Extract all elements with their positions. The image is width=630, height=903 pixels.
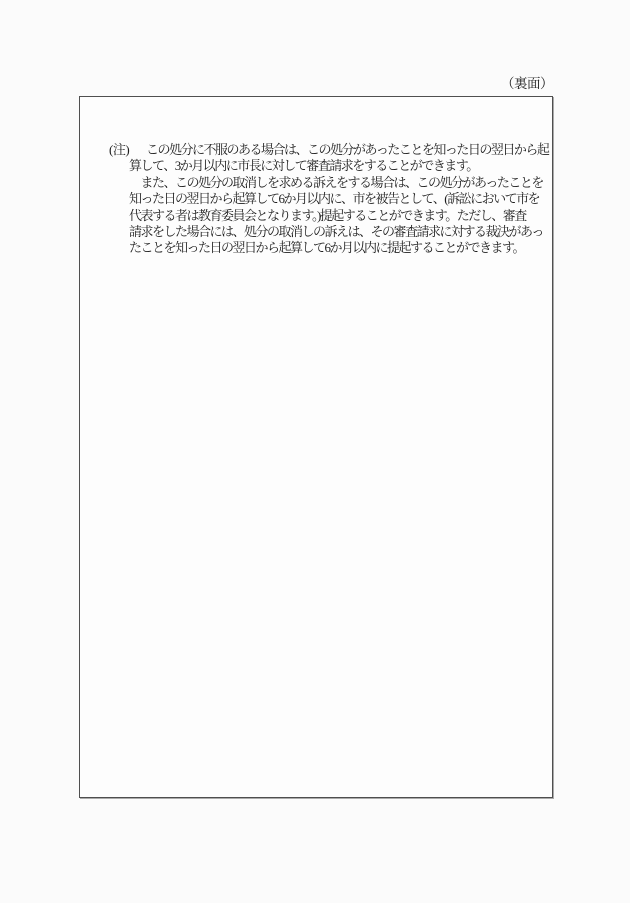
note-line-text: また、この処分の取消しを求める訴えをする場合は、この処分があったことを: [129, 175, 543, 190]
document-border-frame: (注)この処分に不服のある場合は、この処分があったことを知った日の翌日から起 算…: [79, 96, 553, 798]
note-line-text: 請求をした場合には、処分の取消しの訴えは、その審査請求に対する裁決があっ: [129, 224, 543, 239]
note-line-text: 知った日の翌日から起算して6か月以内に、市を被告として、(訴訟において市を: [129, 191, 539, 206]
note-label: (注): [109, 142, 146, 158]
note-line-text: 代表する者は教育委員会となります。)提起することができます。ただし、審査: [129, 208, 526, 223]
note-line: 算して、3か月以内に市長に対して審査請求をすることができます。: [129, 158, 534, 174]
note-line-text: 算して、3か月以内に市長に対して審査請求をすることができます。: [129, 158, 478, 173]
note-line: 知った日の翌日から起算して6か月以内に、市を被告として、(訴訟において市を: [129, 191, 534, 207]
note-line-text: この処分に不服のある場合は、この処分があったことを知った日の翌日から起: [146, 142, 548, 157]
backside-label: （裏面）: [79, 76, 553, 92]
note-line: 請求をした場合には、処分の取消しの訴えは、その審査請求に対する裁決があっ: [129, 224, 534, 240]
document-page: （裏面） (注)この処分に不服のある場合は、この処分があったことを知った日の翌日…: [0, 0, 630, 903]
note-line: 代表する者は教育委員会となります。)提起することができます。ただし、審査: [129, 208, 534, 224]
note-line: (注)この処分に不服のある場合は、この処分があったことを知った日の翌日から起: [129, 142, 534, 158]
note-line-text: たことを知った日の翌日から起算して6か月以内に提起することができます。: [129, 240, 524, 255]
note-line: たことを知った日の翌日から起算して6か月以内に提起することができます。: [129, 240, 534, 256]
note-line: また、この処分の取消しを求める訴えをする場合は、この処分があったことを: [129, 175, 534, 191]
note-block: (注)この処分に不服のある場合は、この処分があったことを知った日の翌日から起 算…: [80, 97, 552, 257]
